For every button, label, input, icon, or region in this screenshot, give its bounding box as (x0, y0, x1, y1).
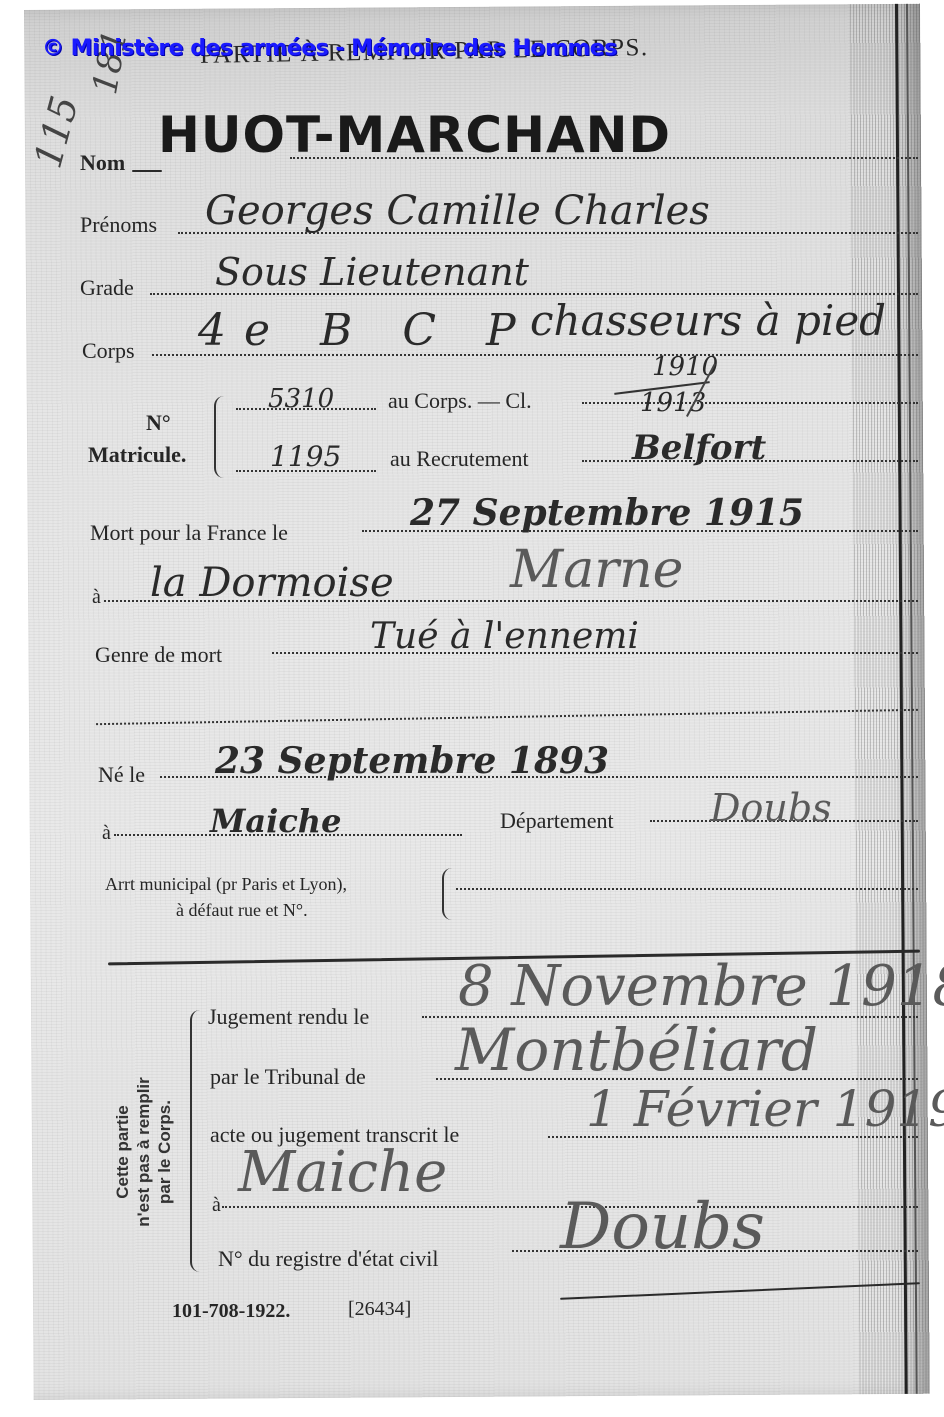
side-note-line2: n'est pas à remplir (133, 1072, 154, 1232)
prenoms-value: Georges Camille Charles (205, 188, 710, 234)
side-note-line1: Cette partie (112, 1072, 133, 1232)
lieu-mort-value: la Dormoise (150, 560, 394, 606)
grade-label: Grade (80, 275, 134, 301)
copyright-watermark: © Ministère des armées - Mémoire des Hom… (42, 36, 617, 61)
matricule-classe-bottom: 1913 (640, 388, 706, 418)
matricule-recrutement-number: 1195 (270, 440, 341, 473)
transcrit-value: 1 Février 1919 (586, 1080, 944, 1138)
jugement-rendu-value: 8 Novembre 1918 (458, 954, 944, 1019)
matricule-recrutement-label: au Recrutement (390, 446, 529, 472)
side-note-line3: par le Corps. (154, 1072, 175, 1232)
side-note: Cette partie n'est pas à remplir par le … (112, 1072, 175, 1232)
nom-label: Nom (80, 150, 125, 176)
nom-value: HUOT-MARCHAND (158, 106, 671, 164)
mort-value: 27 Septembre 1915 (410, 492, 804, 534)
arrondissement-dotted-line (456, 888, 918, 890)
print-number: [26434] (348, 1298, 411, 1321)
tribunal-label: par le Tribunal de (210, 1064, 366, 1090)
lieu-naissance-label: à (102, 822, 111, 845)
jugement-lieu-value-extra: Doubs (560, 1190, 765, 1264)
departement-label: Département (500, 808, 614, 834)
matricule-label-line2: Matricule. (88, 442, 186, 468)
jugement-rendu-label: Jugement rendu le (208, 1004, 369, 1030)
genre-mort-label: Genre de mort (95, 642, 222, 668)
mort-label: Mort pour la France le (90, 520, 288, 546)
corps-label: Corps (82, 338, 135, 364)
naissance-value: 23 Septembre 1893 (215, 740, 609, 782)
nom-underline (132, 170, 162, 172)
matricule-corps-label: au Corps. — Cl. (388, 388, 532, 414)
jugement-lieu-label: à (212, 1194, 221, 1217)
page-edge-shading (850, 4, 930, 1394)
naissance-label: Né le (98, 762, 145, 788)
jugement-lieu-value: Maiche (238, 1140, 447, 1205)
registre-dotted-line (512, 1250, 918, 1252)
grade-value: Sous Lieutenant (215, 250, 529, 294)
matricule-label-line1: N° (146, 410, 171, 436)
arrondissement-brace (442, 868, 452, 920)
lieu-mort-label: à (92, 586, 101, 609)
matricule-classe-dotted-line (582, 402, 918, 404)
departement-value: Doubs (710, 786, 832, 830)
registre-label: N° du registre d'état civil (218, 1246, 438, 1272)
corps-value-extra: chasseurs à pied (530, 296, 886, 345)
corps-value: 4e B C P (198, 305, 534, 356)
genre-mort-value: Tué à l'ennemi (370, 616, 639, 657)
lieu-mort-value-extra: Marne (510, 540, 683, 600)
lieu-naissance-value: Maiche (210, 802, 341, 840)
tribunal-value: Montbéliard (455, 1016, 818, 1084)
matricule-recrutement-value: Belfort (632, 428, 766, 468)
matricule-brace (214, 396, 226, 478)
matricule-corps-number: 5310 (268, 384, 334, 414)
arrondissement-label-line2: à défaut rue et N°. (176, 900, 308, 921)
jugement-brace (190, 1010, 202, 1272)
arrondissement-label-line1: Arrt municipal (pr Paris et Lyon), (105, 874, 347, 895)
prenoms-label: Prénoms (80, 212, 157, 238)
print-ref: 101-708-1922. (172, 1300, 290, 1323)
